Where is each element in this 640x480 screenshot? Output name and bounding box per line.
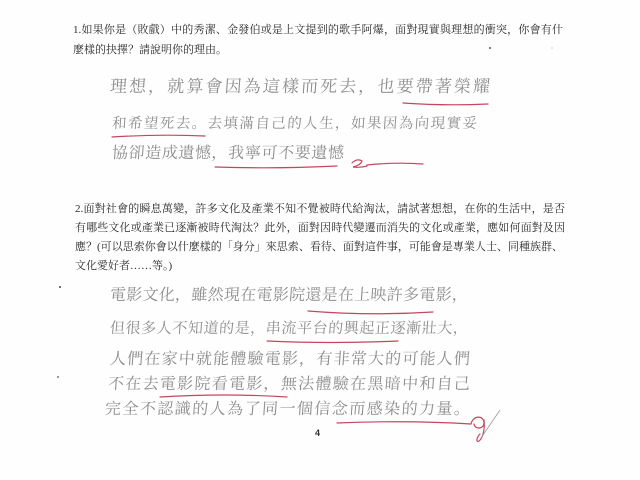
- question-2-answer-line-4: 不在去電影院看電影，無法體驗在黑暗中和自己: [107, 375, 470, 392]
- stray-dot: [551, 47, 552, 48]
- question-2-answer-line-2: 但很多人不知道的是，串流平台的興起正逐漸壯大，: [109, 320, 468, 336]
- red-checkmark-loop-icon: [471, 417, 484, 441]
- question-2-answer-line-3: 人們在家中就能體驗電影，有非常大的可能人們: [109, 350, 470, 367]
- question-1-answer-line-1: 理想，就算會因為這樣而死去，也要帶著榮耀: [109, 78, 490, 96]
- stray-dot: [489, 47, 491, 49]
- red-squiggle-q1-icon: [352, 160, 367, 167]
- red-underline-q1-line1: [403, 103, 488, 105]
- red-underline-q2-line5: [337, 422, 471, 424]
- red-underline-q2-line1: [308, 311, 433, 314]
- red-underline-q1-line3: [215, 166, 337, 168]
- pencil-slash-mark: [481, 410, 500, 438]
- question-2-answer-line-5: 完全不認識的人為了同一個信念而感染的力量。: [104, 400, 470, 417]
- question-2-prompt-line-4: 文化愛好者……等。): [75, 261, 172, 272]
- red-underline-q2-line2: [267, 341, 398, 343]
- scanned-worksheet-page: 1.如果你是（敗戲）中的秀潔、金發伯或是上文提到的歌手阿爆，面對現實與理想的衝突…: [0, 0, 640, 480]
- red-underline-q2-line4: [160, 395, 287, 397]
- question-1-prompt-line-1: 1.如果你是（敗戲）中的秀潔、金發伯或是上文提到的歌手阿爆，面對現實與理想的衝突…: [73, 25, 563, 37]
- stray-dot: [57, 376, 59, 378]
- question-2-prompt-line-2: 有哪些文化或產業已逐漸被時代淘汰？此外，面對因時代變遷而消失的文化或產業，應如何…: [75, 223, 565, 235]
- question-1-answer-line-3: 協卻造成遺憾，我寧可不要遺憾: [111, 144, 344, 161]
- red-underline-q1-line2: [112, 135, 205, 137]
- question-1-answer-line-2: 和希望死去。去填滿自己的人生，如果因為向現實妥: [111, 116, 477, 132]
- page-number: 4: [315, 428, 320, 438]
- question-2-answer-line-1: 電影文化，雖然現在電影院還是在上映許多電影，: [109, 286, 468, 303]
- question-2-prompt-line-1: 2.面對社會的瞬息萬變，許多文化及產業不知不覺被時代給淘汰，請試著想想，在你的生…: [75, 204, 565, 216]
- question-2-prompt-line-3: 應？(可以思索你會以什麼樣的「身分」來思索、看待、面對這件事，可能會是專業人士、…: [75, 242, 563, 254]
- red-tail-line-q1: [367, 163, 423, 165]
- stray-dot: [59, 286, 61, 288]
- question-1-prompt-line-2: 麼樣的抉擇？請說明你的理由。: [73, 45, 227, 56]
